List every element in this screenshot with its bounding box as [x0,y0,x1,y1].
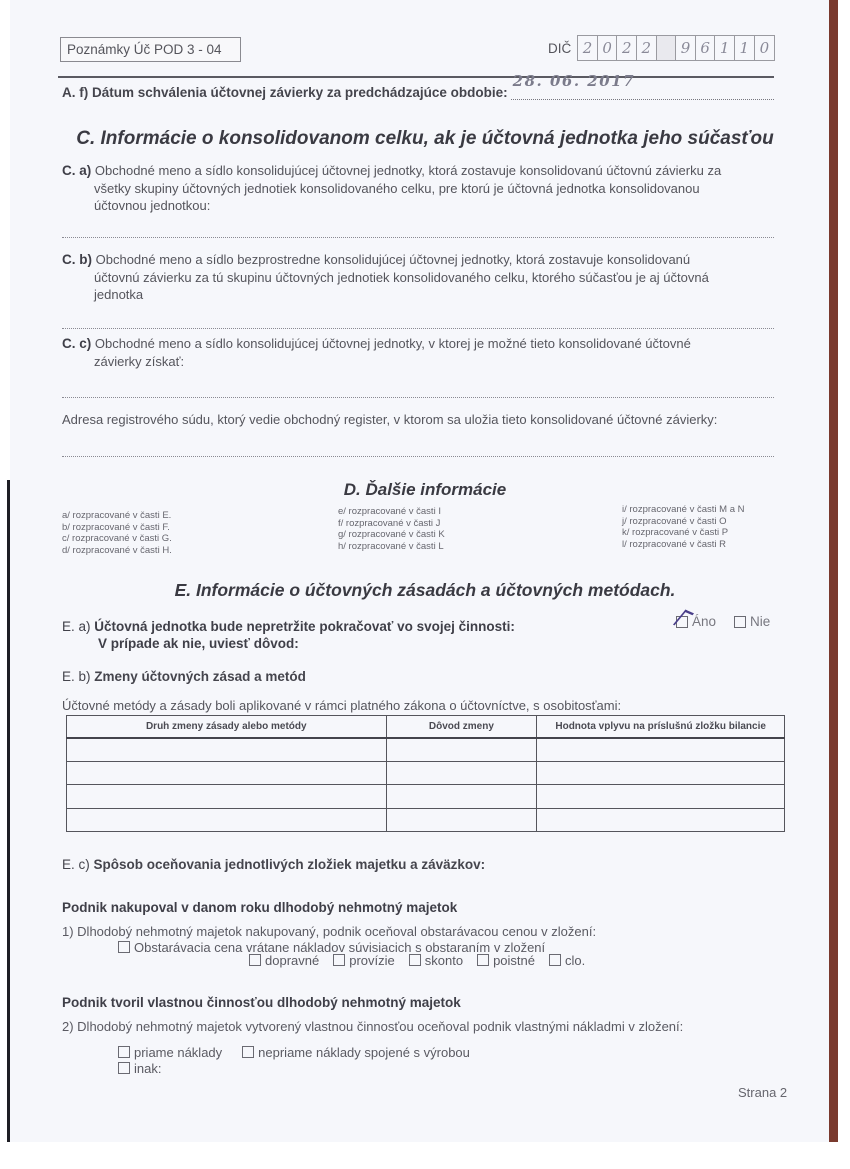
section-ca-lead: C. a) [62,163,91,178]
section-cc-lead: C. c) [62,336,91,351]
list-item: b/ rozpracované v časti F. [62,522,172,534]
dic-digit[interactable]: 1 [735,36,755,60]
continuity-choice: Áno Nie [676,614,770,629]
purchased-assets-heading: Podnik nakupoval v danom roku dlhodobý n… [62,900,457,915]
dic-boxes: 2 0 2 2 9 6 1 1 0 [577,35,775,61]
checkbox-other[interactable] [118,1062,130,1074]
section-ec-lead: E. c) [62,857,90,872]
section-eb-lead: E. b) [62,669,91,684]
list-item: i/ rozpracované v časti M a N [622,504,745,516]
dic-digit[interactable] [657,36,677,60]
option-direct-costs-label: priame náklady [134,1045,222,1060]
checkbox-yes[interactable] [676,616,688,628]
option-insurance[interactable]: poistné [477,953,535,968]
list-item: a/ rozpracované v časti E. [62,510,172,522]
changes-table: Druh zmeny zásady alebo metódy Dôvod zme… [66,715,785,832]
list-item: k/ rozpracované v časti P [622,527,745,539]
table-cell[interactable] [386,808,537,832]
section-ec-heading: E. c) Spôsob oceňovania jednotlivých zlo… [62,857,485,872]
purchased-assets-text: 1) Dlhodobý nehmotný majetok nakupovaný,… [62,924,596,939]
checkbox-commission[interactable] [333,954,345,966]
list-item: d/ rozpracované v časti H. [62,545,172,557]
table-row [67,761,785,785]
dic-digit[interactable]: 0 [755,36,775,60]
section-ea-sub: V prípade ak nie, uviesť dôvod: [62,635,515,652]
option-discount[interactable]: skonto [409,953,463,968]
dic-digit[interactable]: 0 [598,36,618,60]
checkbox-indirect-costs[interactable] [242,1046,254,1058]
table-cell[interactable] [386,785,537,809]
dic-digit[interactable]: 6 [696,36,716,60]
own-cost-components: priame náklady nepriame náklady spojené … [118,1045,470,1060]
self-created-assets-text: 2) Dlhodobý nehmotný majetok vytvorený v… [62,1019,683,1034]
checkbox-direct-costs[interactable] [118,1046,130,1058]
table-cell[interactable] [386,761,537,785]
list-item: h/ rozpracované v časti L [338,541,445,553]
option-yes[interactable]: Áno [676,614,716,629]
column-header-type: Druh zmeny zásady alebo metódy [67,716,387,738]
option-other[interactable]: inak: [118,1061,161,1076]
table-cell[interactable] [537,785,785,809]
table-cell[interactable] [537,738,785,762]
checkbox-acquisition-cost[interactable] [118,941,130,953]
option-yes-label: Áno [692,614,716,629]
dic-label: DIČ [548,41,571,56]
section-cc-text: C. c) Obchodné meno a sídlo konsolidujúc… [62,335,782,370]
table-cell[interactable] [537,808,785,832]
option-transport[interactable]: dopravné [249,953,319,968]
page-edge-left [7,480,10,1142]
option-direct-costs[interactable]: priame náklady [118,1045,222,1060]
option-indirect-costs-label: nepriame náklady spojené s výrobou [258,1045,470,1060]
section-ca-text: C. a) Obchodné meno a sídlo konsolidujúc… [62,162,782,215]
option-commission-label: provízie [349,953,395,968]
option-no[interactable]: Nie [734,614,770,629]
option-indirect-costs[interactable]: nepriame náklady spojené s výrobou [242,1045,470,1060]
option-discount-label: skonto [425,953,463,968]
table-row [67,785,785,809]
dic-digit[interactable]: 2 [637,36,657,60]
list-item: g/ rozpracované v časti K [338,529,445,541]
option-insurance-label: poistné [493,953,535,968]
table-cell[interactable] [537,761,785,785]
registry-court-label: Adresa registrového súdu, ktorý vedie ob… [62,411,782,429]
option-transport-label: dopravné [265,953,319,968]
option-commission[interactable]: provízie [333,953,395,968]
section-cc-line: Obchodné meno a sídlo konsolidujúcej účt… [95,336,691,351]
table-row [67,738,785,762]
option-customs[interactable]: clo. [549,953,585,968]
checkbox-discount[interactable] [409,954,421,966]
section-cb-line: jednotka [62,286,782,304]
section-ea-question: Účtovná jednotka bude nepretržite pokrač… [94,619,515,634]
section-ca-line: účtovnou jednotkou: [62,197,782,215]
section-ca-line: všetky skupiny účtovných jednotiek konso… [62,180,782,198]
dic-field: DIČ 2 0 2 2 9 6 1 1 0 [548,35,775,61]
section-eb-title: Zmeny účtovných zásad a metód [94,669,306,684]
list-item: l/ rozpracované v časti R [622,539,745,551]
table-cell[interactable] [67,785,387,809]
checkbox-insurance[interactable] [477,954,489,966]
dic-digit[interactable]: 2 [578,36,598,60]
section-d-list-col1: a/ rozpracované v časti E. b/ rozpracova… [62,510,172,556]
header-divider [58,76,774,78]
section-d-list-col2: e/ rozpracované v časti I f/ rozpracovan… [338,506,445,552]
list-item: j/ rozpracované v časti O [622,516,745,528]
section-e-title: E. Informácie o účtovných zásadách a účt… [75,580,775,601]
column-header-impact: Hodnota vplyvu na príslušnú zložku bilan… [537,716,785,738]
section-cc-answer-field[interactable] [62,397,774,398]
dic-digit[interactable]: 2 [617,36,637,60]
section-cb-line: účtovnú závierku za tú skupinu účtovných… [62,269,782,287]
section-ca-line: Obchodné meno a sídlo konsolidujúcej účt… [95,163,721,178]
checkbox-transport[interactable] [249,954,261,966]
section-c-title: C. Informácie o konsolidovanom celku, ak… [75,128,775,150]
registry-court-field[interactable] [62,456,774,457]
approval-date-row: A. f) Dátum schválenia účtovnej závierky… [62,85,774,100]
column-header-reason: Dôvod zmeny [386,716,537,738]
checkbox-customs[interactable] [549,954,561,966]
section-ea-lead: E. a) [62,619,91,634]
section-cc-line: závierky získať: [62,353,782,371]
page-edge-right [829,0,838,1142]
table-cell[interactable] [67,738,387,762]
section-d-title: D. Ďalšie informácie [75,480,775,500]
section-cb-lead: C. b) [62,252,92,267]
dic-digit[interactable]: 1 [715,36,735,60]
section-cb-text: C. b) Obchodné meno a sídlo bezprostredn… [62,251,782,304]
list-item: c/ rozpracované v časti G. [62,533,172,545]
section-d-list-col3: i/ rozpracované v časti M a N j/ rozprac… [622,504,745,550]
approval-date-value: 28. 06. 2017 [513,72,635,90]
option-customs-label: clo. [565,953,585,968]
list-item: f/ rozpracované v časti J [338,518,445,530]
section-eb-heading: E. b) Zmeny účtovných zásad a metód [62,669,306,684]
section-eb-note: Účtovné metódy a zásady boli aplikované … [62,698,621,713]
self-created-assets-heading: Podnik tvoril vlastnou činnosťou dlhodob… [62,995,461,1010]
section-ea-text: E. a) Účtovná jednotka bude nepretržite … [62,618,515,652]
table-cell[interactable] [386,738,537,762]
approval-date-field[interactable]: 28. 06. 2017 [511,88,774,100]
document-code-label: Poznámky Úč POD 3 - 04 [60,37,241,62]
page-number: Strana 2 [738,1085,787,1100]
option-other-label: inak: [134,1061,161,1076]
table-row [67,808,785,832]
approval-date-label: A. f) Dátum schválenia účtovnej závierky… [62,85,508,100]
section-ec-title: Spôsob oceňovania jednotlivých zložiek m… [94,857,486,872]
table-header-row: Druh zmeny zásady alebo metódy Dôvod zme… [67,716,785,738]
list-item: e/ rozpracované v časti I [338,506,445,518]
dic-digit[interactable]: 9 [676,36,696,60]
section-cb-line: Obchodné meno a sídlo bezprostredne kons… [96,252,691,267]
table-cell[interactable] [67,808,387,832]
section-ca-answer-field[interactable] [62,237,774,238]
option-no-label: Nie [750,614,770,629]
checkbox-no[interactable] [734,616,746,628]
table-cell[interactable] [67,761,387,785]
section-cb-answer-field[interactable] [62,328,774,329]
acquisition-cost-components: dopravné provízie skonto poistné clo. [249,953,585,968]
